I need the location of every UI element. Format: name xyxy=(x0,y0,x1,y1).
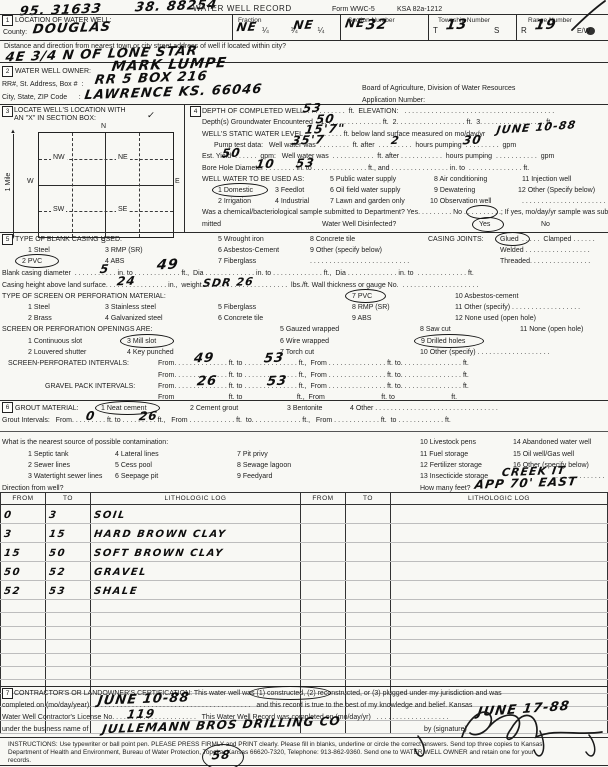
pen-circle-screen-pvc xyxy=(345,289,386,303)
screen-material-label: TYPE OF SCREEN OR PERFORATION MATERIAL: xyxy=(2,293,166,301)
pen-circle-pvc xyxy=(15,254,59,268)
litho-cell xyxy=(346,600,391,613)
gravel-interval-from: 26 xyxy=(196,374,218,390)
county-value: DOUGLAS xyxy=(32,20,112,38)
rule xyxy=(39,185,173,186)
mitted-label: mitted xyxy=(202,221,221,229)
casing-option-3: 3 RMP (SR) xyxy=(105,247,143,255)
mile-arrow-line xyxy=(13,134,14,236)
litho-cell xyxy=(91,613,301,626)
section-3-number: 3 xyxy=(2,106,13,117)
litho-to-value: 53 xyxy=(48,586,66,597)
joint-welded: Welded . . . . . . . . . . . . . . . . . xyxy=(500,247,590,255)
contam-option-6: 6 Seepage pit xyxy=(115,473,158,481)
litho-cell: HARD BROWN CLAY xyxy=(91,524,301,543)
litho-to-value: 3 xyxy=(48,510,58,521)
contam-option-2: 2 Sewer lines xyxy=(28,462,70,470)
litho-cell xyxy=(301,626,346,639)
contam-option-15: 15 Oil well/Gas well xyxy=(513,451,574,459)
rule xyxy=(0,40,608,41)
grout-intervals-line: Grout Intervals: From. . . . . . . . . f… xyxy=(2,417,451,425)
contam-option-7: 7 Pit privy xyxy=(237,451,268,459)
statute-number: KSA 82a-1212 xyxy=(397,6,442,14)
rule xyxy=(516,14,517,40)
litho-cell: 0 xyxy=(1,505,46,524)
screen-option-12: 12 None used (open hole) xyxy=(455,315,536,323)
contam-option-3: 3 Watertight sewer lines xyxy=(28,473,102,481)
litho-cell xyxy=(46,666,91,679)
litho-header-log2: LITHOLOGIC LOG xyxy=(391,493,608,505)
litho-cell: 50 xyxy=(46,543,91,562)
litho-row: 50 52 GRAVEL xyxy=(1,562,608,581)
use-option-8: 8 Air conditioning xyxy=(434,176,487,184)
litho-cell xyxy=(1,640,46,653)
rule xyxy=(428,14,429,40)
litho-row: 15 50 SOFT BROWN CLAY xyxy=(1,543,608,562)
litho-cell xyxy=(301,600,346,613)
rule xyxy=(0,737,608,738)
litho-cell: 3 xyxy=(46,505,91,524)
litho-cell xyxy=(91,600,301,613)
section-number-value: 32 xyxy=(365,17,389,34)
litho-header-row: FROM TO LITHOLOGIC LOG FROM TO LITHOLOGI… xyxy=(1,493,608,505)
litho-row: 0 3 SOIL xyxy=(1,505,608,524)
litho-from-value: 0 xyxy=(3,510,13,521)
litho-cell xyxy=(346,626,391,639)
openings-label: SCREEN OR PERFORATION OPENINGS ARE: xyxy=(2,326,152,334)
contam-option-11: 11 Fuel storage xyxy=(420,451,468,459)
opening-option-8: 8 Saw cut xyxy=(420,326,451,334)
instructions-line3: records. xyxy=(8,757,31,765)
county-label: County: xyxy=(3,29,27,37)
dashed-line xyxy=(139,133,140,237)
litho-cell xyxy=(301,640,346,653)
owner-label: WATER WELL OWNER: xyxy=(15,68,91,76)
form-title: WATER WELL RECORD xyxy=(193,5,292,13)
pump-gpm-value: 30 xyxy=(462,133,483,148)
litho-cell xyxy=(346,524,391,543)
litho-cell: GRAVEL xyxy=(91,562,301,581)
rule xyxy=(0,431,608,432)
pen-circle-domestic xyxy=(212,183,268,197)
use-option-5: 5 Public water supply xyxy=(330,176,396,184)
casing-option-8: 8 Concrete tile xyxy=(310,236,355,244)
casing-weight-value: SDR 26 xyxy=(202,275,255,290)
screen-option-10: 10 Asbestos-cement xyxy=(455,293,518,301)
litho-log-value: GRAVEL xyxy=(93,567,147,578)
use-option-12: 12 Other (Specify below) xyxy=(518,187,595,195)
opening-option-5: 5 Gauzed wrapped xyxy=(280,326,339,334)
joint-clamped: . . . . . Clamped . . . . . . xyxy=(522,236,595,244)
business-name-label: under the business name of xyxy=(2,726,88,734)
pen-mark-on-w xyxy=(586,27,595,35)
litho-cell: 52 xyxy=(1,581,46,600)
litho-cell xyxy=(301,524,346,543)
gravel-intervals-label: GRAVEL PACK INTERVALS: xyxy=(45,383,135,391)
litho-cell xyxy=(391,581,608,600)
opening-option-11: 11 None (open hole) xyxy=(520,326,583,334)
est-yield-value: 50 xyxy=(221,146,242,161)
grout-label: GROUT MATERIAL: xyxy=(15,405,79,413)
section-5-number: 5 xyxy=(2,234,13,245)
use-option-3: 3 Feedlot xyxy=(275,187,304,195)
opening-option-10: 10 Other (specify) . . . . . . . . . . .… xyxy=(420,349,550,357)
disinfected-no: No xyxy=(541,221,550,229)
litho-cell xyxy=(301,613,346,626)
agency-label: Board of Agriculture, Division of Water … xyxy=(362,85,515,93)
litho-cell xyxy=(301,505,346,524)
disinfected-label: Water Well Disinfected? xyxy=(322,221,396,229)
use-option-4: 4 Industrial xyxy=(275,198,309,206)
opening-option-1: 1 Continuous slot xyxy=(28,338,82,346)
litho-cell xyxy=(46,600,91,613)
litho-log-value: HARD BROWN CLAY xyxy=(93,529,227,540)
section-6-number: 6 xyxy=(2,402,13,413)
grout-option-3: 3 Bentonite xyxy=(287,405,322,413)
litho-log-value: SHALE xyxy=(93,586,139,597)
use-option-7: 7 Lawn and garden only xyxy=(330,198,405,206)
litho-to-value: 52 xyxy=(48,567,66,578)
litho-cell xyxy=(91,626,301,639)
pen-circle-glued xyxy=(495,232,530,246)
certification-line2: completed on (mo/day/year). . . . . . . … xyxy=(2,702,472,710)
bore-diameter-value: 10 xyxy=(255,157,276,172)
litho-cell xyxy=(391,524,608,543)
use-option-11: 11 Injection well xyxy=(522,176,571,184)
pen-circle-mill-slot xyxy=(120,334,174,348)
litho-cell xyxy=(346,613,391,626)
pen-circle-drilled-holes xyxy=(414,334,484,348)
grout-option-2: 2 Cement grout xyxy=(190,405,238,413)
litho-cell xyxy=(346,562,391,581)
screen-interval-from: 49 xyxy=(193,351,215,367)
use-label: WELL WATER TO BE USED AS: xyxy=(202,176,304,184)
litho-cell xyxy=(346,653,391,666)
casing-option-6: 6 Asbestos-Cement xyxy=(218,247,279,255)
use-option-9: 9 Dewatering xyxy=(434,187,475,195)
blank-casing-label: TYPE OF BLANK CASING USED: xyxy=(15,236,122,244)
rule xyxy=(0,400,608,401)
township-prefix: T xyxy=(433,27,438,35)
license-number-value: 119 xyxy=(126,707,156,722)
litho-row xyxy=(1,613,608,626)
dashed-line xyxy=(72,133,73,237)
section-location-box: NW NE SW SE xyxy=(38,132,174,238)
casing-option-9: 9 Other (specify below) xyxy=(310,247,382,255)
litho-header-log: LITHOLOGIC LOG xyxy=(91,493,301,505)
screen-intervals-label: SCREEN-PERFORATED INTERVALS: xyxy=(8,360,129,368)
casing-height-value: 24 xyxy=(116,274,137,289)
grout-option-4: 4 Other . . . . . . . . . . . . . . . . … xyxy=(350,405,498,413)
litho-cell xyxy=(346,505,391,524)
form-number: Form WWC-5 xyxy=(332,6,375,14)
gravel-interval-to: 53 xyxy=(266,374,288,390)
litho-row xyxy=(1,653,608,666)
litho-log-value: SOFT BROWN CLAY xyxy=(93,548,224,559)
casing-depth-value: 49 xyxy=(156,257,180,274)
contam-option-12: 12 Fertilizer storage xyxy=(420,462,482,470)
litho-row xyxy=(1,666,608,679)
litho-cell: 53 xyxy=(46,581,91,600)
contam-option-10: 10 Livestock pens xyxy=(420,439,476,447)
contam-option-4: 4 Lateral lines xyxy=(115,451,159,459)
city-label: City, State, ZIP Code : xyxy=(2,94,81,102)
litho-cell xyxy=(391,626,608,639)
pump-level-value: 35'7 xyxy=(291,132,326,147)
pen-circle-page-note xyxy=(202,744,244,767)
litho-cell xyxy=(1,613,46,626)
litho-cell xyxy=(346,640,391,653)
quadrant-se: SE xyxy=(116,206,129,213)
compass-w: W xyxy=(27,178,34,186)
litho-cell xyxy=(46,613,91,626)
compass-n: N xyxy=(101,123,106,131)
quadrant-ne: NE xyxy=(116,154,130,161)
casing-other-dots: . . . . . . . . . . . . . . . . . . . . … xyxy=(310,258,409,266)
litho-cell xyxy=(46,626,91,639)
rule xyxy=(0,765,608,766)
litho-cell: SHALE xyxy=(91,581,301,600)
use-other-dots: . . . . . . . . . . . . . . . . . . . . … xyxy=(522,198,608,206)
signature-label: by (signature) xyxy=(424,726,467,734)
range-prefix: R xyxy=(521,27,527,35)
litho-from-value: 15 xyxy=(3,548,21,559)
litho-cell xyxy=(391,562,608,581)
litho-cell xyxy=(301,581,346,600)
mile-label: 1 Mile xyxy=(5,162,13,202)
feet-value: APP 70' EAST xyxy=(474,474,578,492)
litho-cell: 15 xyxy=(1,543,46,562)
casing-option-5: 5 Wrought iron xyxy=(218,236,264,244)
rule xyxy=(0,62,608,63)
litho-from-value: 3 xyxy=(3,529,13,540)
section-2-number: 2 xyxy=(2,66,13,77)
litho-cell xyxy=(46,653,91,666)
pen-circle-constructed xyxy=(249,686,331,700)
screen-interval-to: 53 xyxy=(263,351,285,367)
litho-header-to2: TO xyxy=(346,493,391,505)
litho-cell xyxy=(1,666,46,679)
use-option-2: 2 Irrigation xyxy=(218,198,251,206)
corner-pen-stroke xyxy=(572,1,605,30)
litho-cell xyxy=(391,505,608,524)
litho-header-from2: FROM xyxy=(301,493,346,505)
pen-circle-disinfected-yes xyxy=(472,217,504,232)
litho-row xyxy=(1,626,608,639)
screen-option-9: 9 ABS xyxy=(352,315,371,323)
est-yield-line: Est. Yield . . . . . . gpm: Well water w… xyxy=(202,153,554,161)
compass-e: E xyxy=(175,178,180,186)
quadrant-nw: NW xyxy=(51,154,67,161)
contam-option-9: 9 Feedyard xyxy=(237,473,272,481)
address-label: RR#, St. Address, Box # : xyxy=(2,81,83,89)
screen-option-2: 2 Brass xyxy=(28,315,52,323)
casing-joints-label: CASING JOINTS: xyxy=(428,236,484,244)
depth-line: DEPTH OF COMPLETED WELL. . . . . . . . .… xyxy=(202,108,554,116)
litho-log-value: SOIL xyxy=(93,510,126,521)
bore-hole-line: Bore Hole Diameter . . . . . . . . in. t… xyxy=(202,165,529,173)
litho-cell xyxy=(1,653,46,666)
bore-depth-value: 53 xyxy=(295,156,316,171)
litho-row: 3 15 HARD BROWN CLAY xyxy=(1,524,608,543)
litho-cell xyxy=(301,666,346,679)
locate-label-line1: LOCATE WELL'S LOCATION WITH xyxy=(14,107,126,115)
litho-cell xyxy=(391,653,608,666)
litho-cell: 52 xyxy=(46,562,91,581)
litho-cell xyxy=(1,600,46,613)
contamination-label: What is the nearest source of possible c… xyxy=(2,439,168,447)
opening-option-6: 6 Wire wrapped xyxy=(280,338,329,346)
locate-label-line2: AN "X" IN SECTION BOX: xyxy=(14,115,96,123)
screen-option-4: 4 Galvanized steel xyxy=(105,315,163,323)
litho-cell xyxy=(346,720,391,733)
litho-cell xyxy=(46,640,91,653)
litho-row xyxy=(1,640,608,653)
screen-option-11: 11 Other (specify) . . . . . . . . . . .… xyxy=(455,304,580,312)
litho-cell xyxy=(301,562,346,581)
litho-row xyxy=(1,600,608,613)
litho-from-value: 52 xyxy=(3,586,21,597)
litho-cell: 15 xyxy=(46,524,91,543)
litho-cell xyxy=(391,613,608,626)
section-4-number: 4 xyxy=(190,106,201,117)
sample-question-line: Was a chemical/bacteriological sample su… xyxy=(202,209,608,217)
screen-option-8: 8 RMP (SR) xyxy=(352,304,390,312)
use-option-6: 6 Oil field water supply xyxy=(330,187,400,195)
litho-cell xyxy=(91,653,301,666)
joint-threaded: Threaded. . . . . . . . . . . . . . . . xyxy=(500,258,590,266)
rule xyxy=(184,104,185,232)
litho-cell xyxy=(391,543,608,562)
litho-cell xyxy=(391,600,608,613)
quadrant-sw: SW xyxy=(51,206,66,213)
litho-cell xyxy=(301,543,346,562)
litho-cell: SOIL xyxy=(91,505,301,524)
range-value: 19 xyxy=(534,17,558,34)
section-7-number: 7 xyxy=(2,688,13,699)
litho-header-to: TO xyxy=(46,493,91,505)
litho-cell xyxy=(391,666,608,679)
rule xyxy=(232,14,233,40)
contam-option-14: 14 Abandoned water well xyxy=(513,439,591,447)
grout-interval-to: 26 xyxy=(138,409,159,424)
mile-arrow-up: ▲ xyxy=(10,128,16,136)
screen-option-3: 3 Stainless steel xyxy=(105,304,156,312)
litho-cell xyxy=(91,640,301,653)
opening-option-4: 4 Key punched xyxy=(127,349,174,357)
contam-option-5: 5 Cess pool xyxy=(115,462,152,470)
section-1-number: 1 xyxy=(2,15,13,26)
township-suffix: S xyxy=(494,27,499,35)
litho-cell xyxy=(391,640,608,653)
screen-option-5: 5 Fiberglass xyxy=(218,304,256,312)
contam-option-8: 8 Sewage lagoon xyxy=(237,462,291,470)
litho-cell: SOFT BROWN CLAY xyxy=(91,543,301,562)
litho-to-value: 15 xyxy=(48,529,66,540)
water-well-record-form: 95. 31633 38. 88254 WATER WELL RECORD Fo… xyxy=(0,0,608,767)
screen-option-6: 6 Concrete tile xyxy=(218,315,263,323)
litho-cell xyxy=(91,666,301,679)
litho-cell xyxy=(346,581,391,600)
litho-cell: 3 xyxy=(1,524,46,543)
instructions-line1: INSTRUCTIONS: Use typewriter or ball poi… xyxy=(8,741,542,749)
contam-option-1: 1 Septic tank xyxy=(28,451,68,459)
instructions-line2: Department of Health and Environment, Bu… xyxy=(8,749,534,757)
litho-to-value: 50 xyxy=(48,548,66,559)
litho-cell xyxy=(1,626,46,639)
litho-cell xyxy=(346,666,391,679)
litho-from-value: 50 xyxy=(3,567,21,578)
well-location-mark: ✓ xyxy=(146,111,156,121)
casing-option-7: 7 Fiberglass xyxy=(218,258,256,266)
litho-header-from: FROM xyxy=(1,493,46,505)
litho-row: 52 53 SHALE xyxy=(1,581,608,600)
opening-option-2: 2 Louvered shutter xyxy=(28,349,86,357)
screen-option-1: 1 Steel xyxy=(28,304,50,312)
litho-cell xyxy=(301,653,346,666)
litho-cell: 50 xyxy=(1,562,46,581)
township-value: 13 xyxy=(445,17,469,34)
litho-cell xyxy=(346,543,391,562)
